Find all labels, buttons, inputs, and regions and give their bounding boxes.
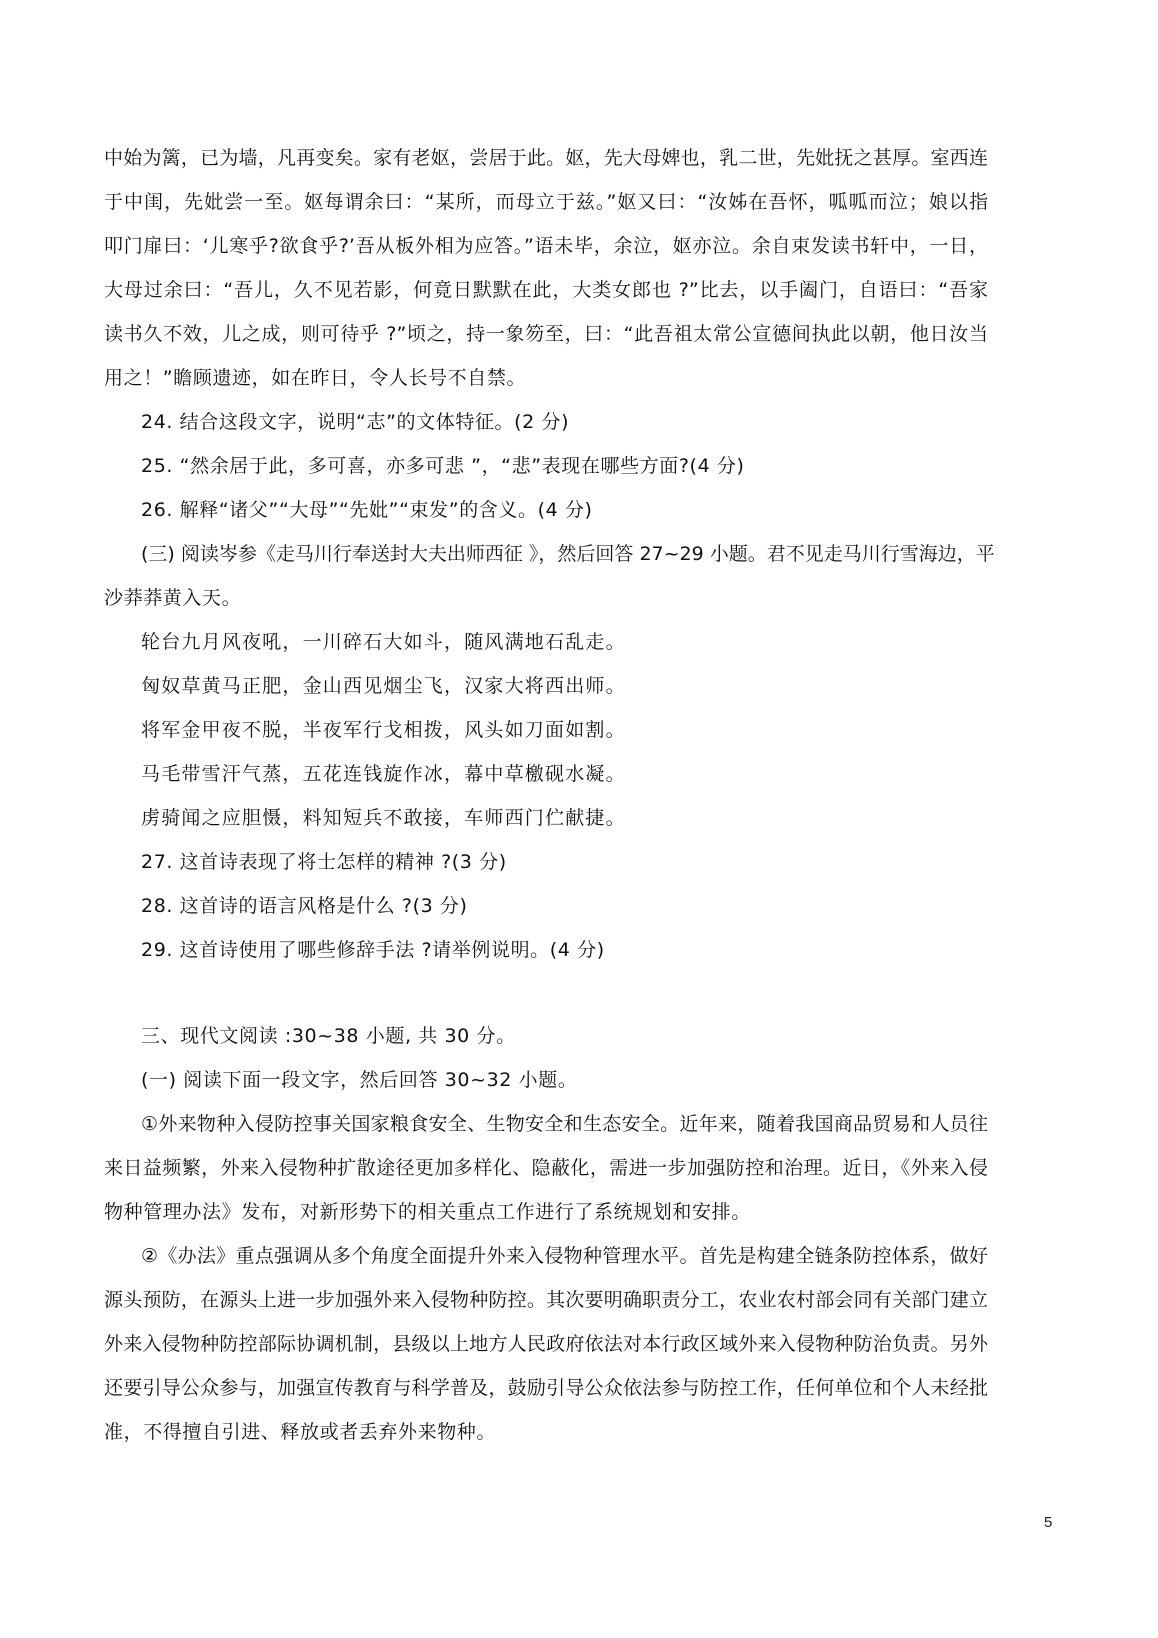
paragraph-1-line: ①外来物种入侵防控事关国家粮食安全、生物安全和生态安全。近年来，随着我国商品贸易… [141,1112,988,1136]
question-28: 28. 这首诗的语言风格是什么 ?(3 分) [141,894,468,918]
section-intro-line: 沙莽莽黄入天。 [104,586,241,610]
poem-line: 轮台九月风夜吼，一川碎石大如斗，随风满地石乱走。 [141,630,626,654]
passage-line: 中始为篱，已为墙，凡再变矣。家有老妪，尝居于此。妪，先大母婢也，乳二世，先妣抚之… [104,146,988,170]
page-number: 5 [1044,1514,1052,1531]
question-24: 24. 结合这段文字，说明“志”的文体特征。(2 分) [141,410,569,434]
passage-line: 叩门扉曰：‘儿寒乎?欲食乎?’吾从板外相为应答。”语未毕，余泣，妪亦泣。余自束发… [104,234,988,258]
section-intro-line: (三) 阅读岑参《走马川行奉送封大夫出师西征 》，然后回答 27~29 小题。君… [141,542,988,566]
poem-line: 马毛带雪汗气蒸，五花连钱旋作冰，幕中草檄砚水凝。 [141,762,626,786]
paragraph-2-line: 准，不得擅自引进、释放或者丢弃外来物种。 [104,1420,496,1444]
poem-line: 匈奴草黄马正肥，金山西见烟尘飞，汉家大将西出师。 [141,674,626,698]
question-25: 25. “然余居于此，多可喜，亦多可悲 ”，“悲”表现在哪些方面?(4 分) [141,454,745,478]
passage-line: 读书久不效，儿之成，则可待乎 ?”顷之，持一象笏至，曰：“此吾祖太常公宣德间执此… [104,322,988,346]
question-26: 26. 解释“诸父”“大母”“先妣”“束发”的含义。(4 分) [141,498,593,522]
paragraph-2-line: 还要引导公众参与，加强宣传教育与科学普及，鼓励引导公众依法参与防控工作，任何单位… [104,1376,988,1400]
document-page: 中始为篱，已为墙，凡再变矣。家有老妪，尝居于此。妪，先大母婢也，乳二世，先妣抚之… [0,0,1158,1638]
sub-section-heading: (一) 阅读下面一段文字，然后回答 30~32 小题。 [141,1068,577,1092]
paragraph-2-line: ②《办法》重点强调从多个角度全面提升外来入侵物种管理水平。首先是构建全链条防控体… [141,1244,988,1268]
section-heading: 三、现代文阅读 :30~38 小题, 共 30 分。 [141,1024,516,1048]
passage-line: 用之！”瞻顾遗迹，如在昨日，令人长号不自禁。 [104,366,526,390]
poem-line: 虏骑闻之应胆慑，料知短兵不敢接，车师西门伫献捷。 [141,806,626,830]
paragraph-2-line: 源头预防，在源头上进一步加强外来入侵物种防控。其次要明确职责分工，农业农村部会同… [104,1288,988,1312]
question-27: 27. 这首诗表现了将士怎样的精神 ?(3 分) [141,850,507,874]
paragraph-1-line: 物种管理办法》发布，对新形势下的相关重点工作进行了系统规划和安排。 [104,1200,751,1224]
passage-line: 大母过余曰：“吾儿，久不见若影，何竟日默默在此，大类女郎也 ?”比去，以手阖门，… [104,278,988,302]
question-29: 29. 这首诗使用了哪些修辞手法 ?请举例说明。(4 分) [141,938,605,962]
paragraph-1-line: 来日益频繁，外来入侵物种扩散途径更加多样化、隐蔽化，需进一步加强防控和治理。近日… [104,1156,988,1180]
paragraph-2-line: 外来入侵物种防控部际协调机制，县级以上地方人民政府依法对本行政区域外来入侵物种防… [104,1332,988,1356]
passage-line: 于中闺，先妣尝一至。妪每谓余曰：“某所，而母立于兹。”妪又曰：“汝姊在吾怀，呱呱… [104,190,988,214]
poem-line: 将军金甲夜不脱，半夜军行戈相拨，风头如刀面如割。 [141,718,626,742]
